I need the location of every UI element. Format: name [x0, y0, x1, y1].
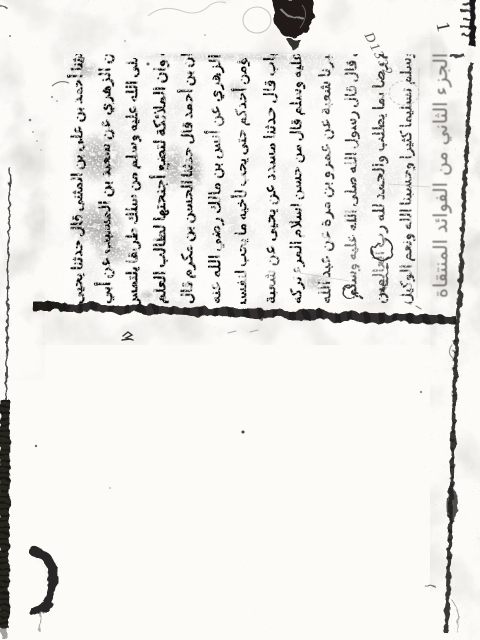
bottom-left-ink-blot [34, 552, 53, 632]
manuscript-text-line: ان النبي صلى الله عليه وسلم قال لا يؤمن … [228, 58, 255, 304]
manuscript-text-line: وصلى الله على سيدنا محمد وآله وصحبه وسلم… [393, 54, 416, 304]
manuscript-text-line: ما لا يعنيه أخبرنا علي بن الجعد قال أخبر… [311, 54, 338, 304]
manuscript-text-line: حدثنا عثمان بن عمر قال أخبرنا يونس عن ال… [201, 54, 228, 304]
manuscript-text-line: عن قتادة عن أنس عن النبي صلى الله عليه و… [283, 54, 310, 304]
manuscript-text-line: حدثنا أبو بكر محمد بن عبد الله قال حدثنا… [64, 54, 91, 304]
manuscript-text-line: ان الملائكة لتضع أجنحتها لطالب العلم رضا… [365, 54, 392, 304]
page-number-annotation: 1 [430, 20, 453, 34]
manuscript-text-line: ابن سلمة عن صفوان بن عسال المرادي قال قا… [338, 54, 365, 298]
margin-inscription-block: الجزء الثاني من الفوائد المنتقاة [422, 82, 460, 298]
manuscript-scan-page: حدثنا أبو بكر محمد بن عبد الله قال حدثنا… [0, 0, 480, 640]
manuscript-text-line: رضا بما يصنع وحدثنا أبو عمرو عثمان بن أح… [174, 54, 201, 304]
manuscript-text-line: وبه قال حدثنا أبو خليفة الفضل بن الحباب … [256, 54, 283, 304]
manuscript-text-lines: حدثنا أبو بكر محمد بن عبد الله قال حدثنا… [64, 54, 416, 304]
manuscript-text-block: حدثنا أبو بكر محمد بن عبد الله قال حدثنا… [64, 54, 416, 304]
top-ink-blot [273, 0, 314, 52]
horizontal-fold-line [33, 302, 456, 320]
manuscript-text-line: فيه علما سهل الله له به طريقا الى الجنة … [146, 54, 173, 304]
margin-inscription-text: الجزء الثاني من الفوائد المنتقاة [422, 82, 460, 298]
manuscript-text-line: هريرة رضي الله عنه قال قال رسول الله صلى… [119, 58, 146, 304]
manuscript-text-line: ابن معين قال حدثنا عبد الرزاق عن معمر عن… [91, 54, 118, 304]
left-edge-line [0, 6, 10, 638]
